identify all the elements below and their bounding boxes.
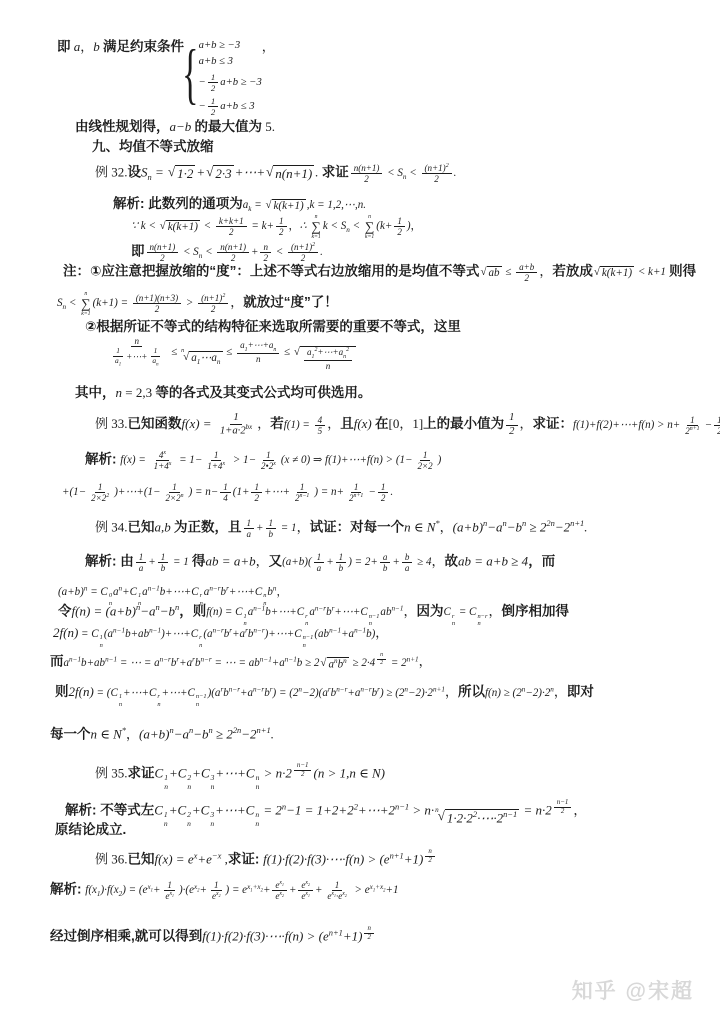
line-ex32-solution-2: ∵ k < √k(k+1) < k+k+12 = k+12，∴ n∑k=1k <… [131, 214, 422, 240]
heading-section-nine: 九、均值不等式放缩 [92, 139, 214, 156]
line-ex36-solution-1: 解析: f(x1)·f(x2) = (ex1+1ex1)·(ex2+1ex2) … [50, 880, 398, 902]
watermark: 知乎 @宋超 [572, 975, 694, 1005]
line-ex32-solution-1: 解析: 此数列的通项为ak = √k(k+1),k = 1,2,⋯,n. [113, 196, 366, 213]
sigma-sum: n∑k=1 [81, 291, 90, 317]
line-note-1: 注：①应注意把握放缩的“度”：上述不等式右边放缩用的是均值不等式√ab ≤ a+… [63, 262, 696, 284]
line-ex34-solution-6: 则2f(n) = (C1n+⋯+Crn+⋯+Cn−1n)(arbn−r+an−r… [55, 684, 594, 709]
sqrt-radical: √k(k+1) [594, 266, 634, 280]
nth-root-radical: n√1·2·22·⋯·2n−1 [435, 809, 519, 826]
sqrt-radical: √a12+⋯+an2n [294, 346, 356, 372]
constraint-row: −12a+b ≥ −3 [199, 72, 262, 93]
line-ex35-solution-1: 解析: 不等式左C1n+C2n+C3n+⋯+Cnn = 2n−1 = 1+2+2… [65, 799, 586, 828]
line-ex34-solution-4: 2f(n) = C1n(an−1b+abn−1)+⋯+Crn(an−rbr+ar… [53, 625, 388, 650]
line-ex35-statement: 例 35.求证C1n+C2n+C3n+⋯+Cnn > n·2n−12(n > 1… [95, 762, 385, 791]
sqrt-radical: √anbn [320, 657, 348, 672]
sqrt-radical: √2·3 [206, 165, 233, 182]
left-brace-icon: { [182, 38, 198, 109]
line-ex34-statement: 例 34.已知a,b 为正数，且1a+1b = 1，试证：对每一个n ∈ N*，… [95, 518, 588, 540]
constraint-row: a+b ≤ 3 [199, 55, 262, 68]
nth-root-radical: n√a1⋯an [181, 351, 222, 366]
line-ex32-statement: 例 32.设Sn = √1·2+√2·3+⋯+√n(n+1). 求证n(n+1)… [95, 163, 456, 185]
line-ex36-statement: 例 36.已知f(x) = ex+e−x ,求证: f(1)·f(2)·f(3)… [95, 848, 437, 869]
sqrt-radical: √k(k+1) [160, 220, 200, 234]
line-note-2: ②根据所证不等式的结构特征来选取所需要的重要不等式，这里 [85, 319, 461, 336]
line-formula-selection-note: 其中，n = 2,3 等的各式及其变式公式均可供选用。 [75, 385, 371, 402]
constraint-row: a+b ≥ −3 [199, 39, 262, 52]
line-ex34-solution-7: 每一个n ∈ N*，(a+b)n−an−bn ≥ 22n−2n+1. [50, 726, 274, 743]
line-ex34-solution-5: 而an−1b+abn−1 = ⋯ = an−rbr+arbn−r = ⋯ = a… [50, 652, 432, 672]
document-page: 即 a，b 满足约束条件{a+b ≥ −3a+b ≤ 3−12a+b ≥ −3−… [0, 0, 720, 1018]
line-ex35-solution-2: 原结论成立. [55, 822, 126, 839]
constraint-row: −12a+b ≤ 3 [199, 96, 262, 117]
sqrt-radical: √ab [480, 266, 501, 280]
sqrt-radical: √k(k+1) [265, 199, 305, 213]
line-linear-programming-result: 由线性规划得，a−b 的最大值为 5. [75, 119, 275, 136]
line-note-1b: Sn < n∑k=1(k+1) = (n+1)(n+3)2 > (n+1)22，… [57, 291, 338, 317]
line-ex33-solution-1: 解析: f(x) = 4x1+4x = 1−11+4x > 1−12•2x(x … [85, 450, 441, 472]
sigma-sum: n∑k=1 [311, 214, 320, 240]
line-ex33-solution-2: +(1−12×22)+⋯+(1−12×2n) = n−14(1+12+⋯+12n… [62, 482, 393, 504]
line-constraint-system: 即 a，b 满足约束条件{a+b ≥ −3a+b ≤ 3−12a+b ≥ −3−… [57, 38, 275, 117]
line-ex33-statement: 例 33.已知函数f(x) = 11+a·2bx，若f(1) = 45，且f(x… [95, 412, 720, 438]
line-ex32-solution-3: 即n(n+1)2 < Sn < n(n+1)2+n2 < (n+1)22. [131, 242, 323, 264]
line-ex36-conclusion: 经过倒序相乘,就可以得到f(1)·f(2)·f(3)·⋯·f(n) > (en+… [50, 925, 376, 946]
line-ex34-solution-1: 解析: 由1a+1b = 1 得ab = a+b，又(a+b)(1a+1b) =… [85, 552, 555, 574]
sqrt-radical: √n(n+1) [266, 165, 314, 182]
sqrt-radical: √1·2 [168, 165, 195, 182]
line-mean-inequality-chain: n1a1+⋯+1an ≤ n√a1⋯an ≤ a1+⋯+ann ≤ √a12+⋯… [105, 336, 357, 372]
sigma-sum: n∑k=1 [365, 214, 374, 240]
